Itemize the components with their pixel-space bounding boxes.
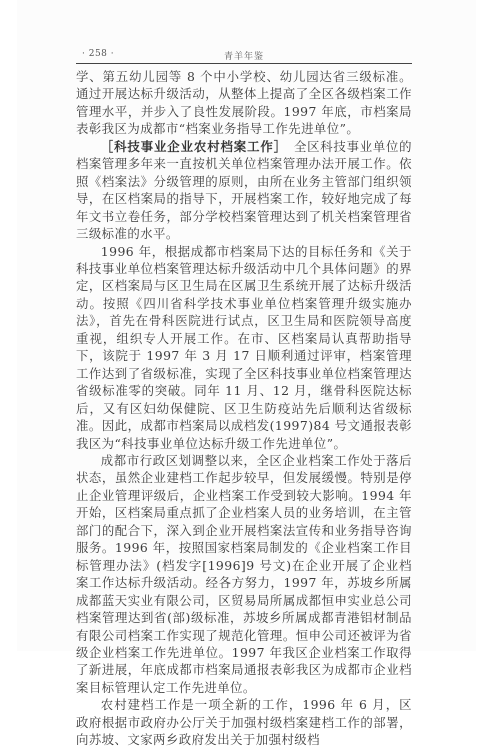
page-header: · 258 · 青羊年鉴 — [76, 46, 412, 62]
paragraph: 成都市行政区划调整以来，全区企业档案工作处于落后状态，虽然企业建档工作起步较早，… — [76, 452, 412, 651]
header-rule — [76, 63, 412, 64]
paragraph: 1996 年，根据成都市档案局下达的目标任务和《关于科技事业单位档案管理达标升级… — [76, 243, 412, 452]
paragraph: 学、第五幼儿园等 8 个中小学校、幼儿园达省三级标准。通过开展达标升级活动，从整… — [76, 68, 412, 138]
section-heading: ［科技事业企业农村档案工作］ — [101, 139, 281, 154]
running-title: 青羊年鉴 — [76, 49, 412, 62]
body-text: 学、第五幼儿园等 8 个中小学校、幼儿园达省三级标准。通过开展达标升级活动，从整… — [76, 68, 412, 651]
paragraph-section-head: ［科技事业企业农村档案工作］ 全区科技事业单位的档案管理多年来一直按机关单位档案… — [76, 138, 412, 243]
paragraph-text: 全区科技事业单位的档案管理多年来一直按机关单位档案管理办法开展工作。依照《档案法… — [76, 139, 412, 241]
